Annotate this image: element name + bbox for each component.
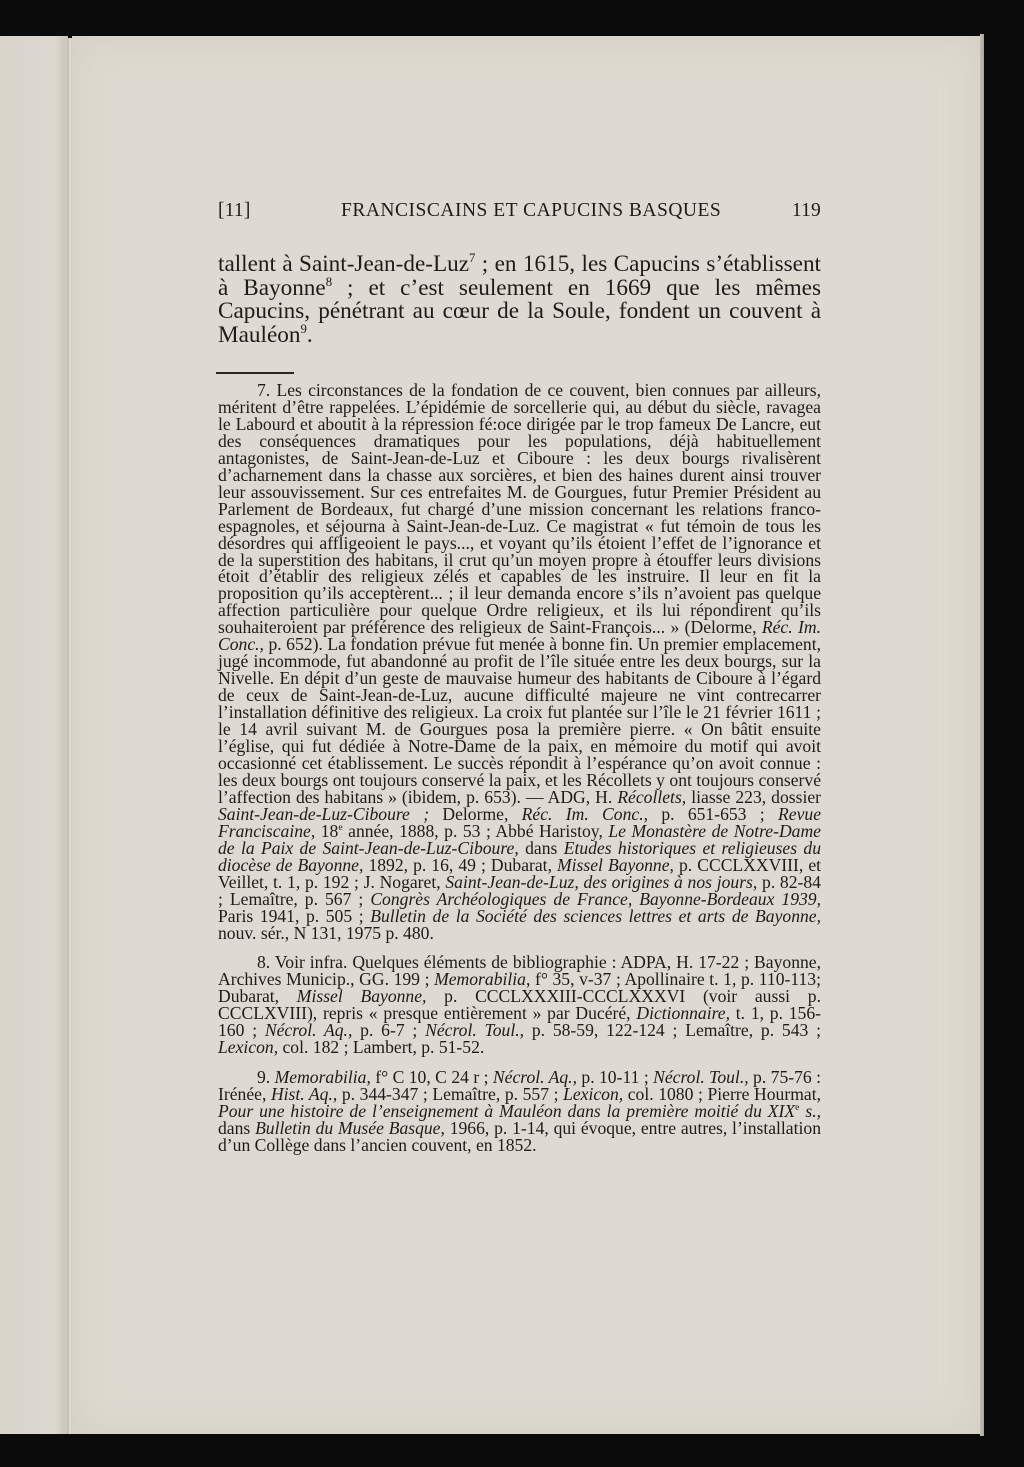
- footnote-text-run: nouv. sér., N 131, 1975 p. 480.: [218, 923, 434, 943]
- running-head: [11] FRANCISCAINS ET CAPUCINS BASQUES 11…: [218, 200, 821, 228]
- chapter-folio: [11]: [218, 200, 251, 222]
- italic-citation: Bulletin de la Société des sciences lett…: [370, 906, 821, 926]
- running-title: FRANCISCAINS ET CAPUCINS BASQUES: [341, 200, 721, 222]
- footnote-9: 9. Memorabilia, f° C 10, C 24 r ; Nécrol…: [218, 1069, 821, 1154]
- page-number: 119: [792, 200, 821, 222]
- footnote-7: 7. Les circonstances de la fondation de …: [218, 382, 821, 941]
- italic-citation: Lexicon,: [218, 1037, 278, 1057]
- footnotes: 7. Les circonstances de la fondation de …: [218, 382, 821, 1167]
- footnote-text-run: 7. Les circonstances de la fondation de …: [218, 380, 821, 637]
- footnote-text-run: col. 182 ; Lambert, p. 51-52.: [278, 1037, 484, 1057]
- footnote-text-run: p. 58-59, 122-124 ; Lemaître, p. 543 ;: [524, 1020, 821, 1040]
- body-text-run: .: [307, 322, 313, 348]
- page-stack-edge: [980, 34, 984, 1436]
- footnote-text-run: , p. 652). La fondation prévue fut menée…: [218, 634, 821, 807]
- footnote-8: 8. Voir infra. Quelques éléments de bibl…: [218, 954, 821, 1056]
- body-paragraph: tallent à Saint-Jean-de-Luz7 ; en 1615, …: [218, 253, 821, 347]
- footnote-separator: [216, 372, 294, 374]
- body-text-run: tallent à Saint-Jean-de-Luz: [218, 251, 469, 277]
- left-page-edge: [0, 36, 68, 1434]
